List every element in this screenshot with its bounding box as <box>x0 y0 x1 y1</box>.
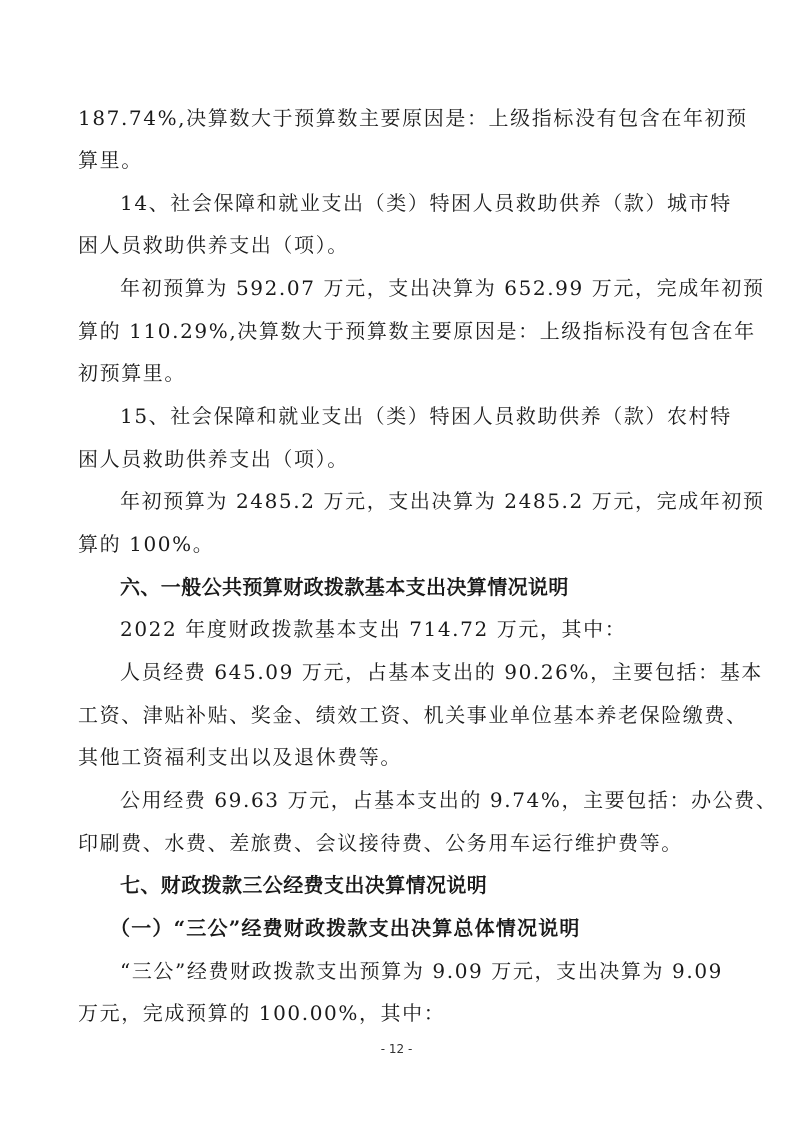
paragraph-line: 算里。 <box>78 145 718 175</box>
paragraph-line: 187.74%,决算数大于预算数主要原因是：上级指标没有包含在年初预 <box>78 103 718 133</box>
item-15-title: 15、社会保障和就业支出（类）特困人员救助供养（款）农村特 <box>120 401 718 431</box>
document-page: 187.74%,决算数大于预算数主要原因是：上级指标没有包含在年初预 算里。 1… <box>0 0 793 1122</box>
paragraph-line: 公用经费 69.63 万元，占基本支出的 9.74%，主要包括：办公费、 <box>120 785 718 815</box>
paragraph-line: 初预算里。 <box>78 358 718 388</box>
paragraph-line: 困人员救助供养支出（项）。 <box>78 230 718 260</box>
section-heading-7: 七、财政拨款三公经费支出决算情况说明 <box>120 870 760 900</box>
paragraph-line: 人员经费 645.09 万元，占基本支出的 90.26%，主要包括：基本 <box>120 657 718 687</box>
paragraph-line: 算的 100%。 <box>78 529 718 559</box>
item-14-title: 14、社会保障和就业支出（类）特困人员救助供养（款）城市特 <box>120 188 718 218</box>
paragraph-line: 印刷费、水费、差旅费、会议接待费、公务用车运行维护费等。 <box>78 828 718 858</box>
paragraph-line: 工资、津贴补贴、奖金、绩效工资、机关事业单位基本养老保险缴费、 <box>78 700 718 730</box>
paragraph-line: 困人员救助供养支出（项）。 <box>78 444 718 474</box>
paragraph-line: “三公”经费财政拨款支出预算为 9.09 万元，支出决算为 9.09 <box>120 956 718 986</box>
paragraph-line: 2022 年度财政拨款基本支出 714.72 万元，其中： <box>120 614 760 644</box>
paragraph-line: 算的 110.29%,决算数大于预算数主要原因是：上级指标没有包含在年 <box>78 316 718 346</box>
paragraph-line: 其他工资福利支出以及退休费等。 <box>78 742 718 772</box>
paragraph-line: 万元，完成预算的 100.00%，其中： <box>78 998 718 1028</box>
section-heading-6: 六、一般公共预算财政拨款基本支出决算情况说明 <box>120 572 760 602</box>
subsection-heading-1: （一）“三公”经费财政拨款支出决算总体情况说明 <box>110 913 750 943</box>
paragraph-line: 年初预算为 2485.2 万元，支出决算为 2485.2 万元，完成年初预 <box>120 486 718 516</box>
page-number: - 12 - <box>0 1042 793 1056</box>
paragraph-line: 年初预算为 592.07 万元，支出决算为 652.99 万元，完成年初预 <box>120 273 718 303</box>
